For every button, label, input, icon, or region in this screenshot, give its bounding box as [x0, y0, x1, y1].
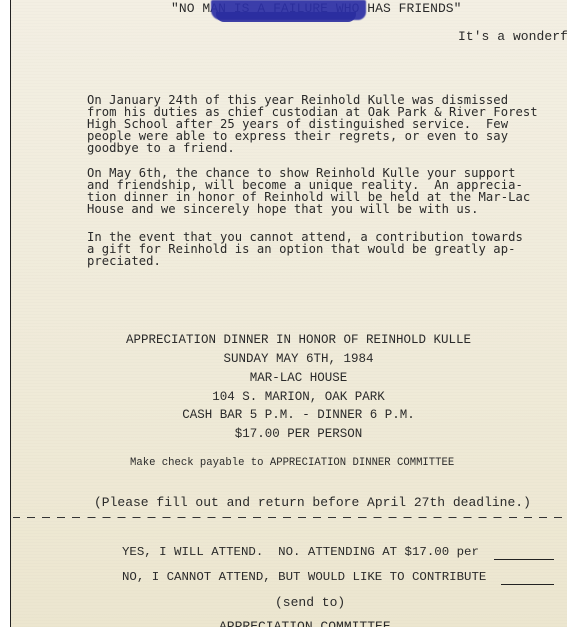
event-address: 104 S. MARION, OAK PARK — [11, 390, 567, 404]
rsvp-attend-line: YES, I WILL ATTEND. NO. ATTENDING AT $17… — [122, 545, 479, 559]
event-venue: MAR-LAC HOUSE — [11, 371, 567, 385]
salutation: It's a wonderfu — [458, 31, 567, 43]
send-to-name: APPRECIATION COMMITTEE — [219, 619, 391, 627]
contribution-amount-blank[interactable] — [501, 584, 554, 585]
rsvp-decline-line: NO, I CANNOT ATTEND, BUT WOULD LIKE TO C… — [122, 570, 486, 584]
typed-letter-page: "NO MAN IS A FAILURE WHO HAS FRIENDS" It… — [10, 0, 567, 627]
paragraph-contribution: In the event that you cannot attend, a c… — [87, 231, 523, 267]
event-price: $17.00 PER PERSON — [11, 427, 567, 441]
event-times: CASH BAR 5 P.M. - DINNER 6 P.M. — [11, 408, 567, 422]
send-to-label: (send to) — [275, 595, 345, 610]
blue-ink-redaction-lower — [216, 12, 356, 22]
event-title: APPRECIATION DINNER IN HONOR OF REINHOLD… — [11, 333, 567, 347]
tear-off-dashed-line — [13, 517, 567, 518]
event-date: SUNDAY MAY 6TH, 1984 — [11, 352, 567, 366]
deadline-note: (Please fill out and return before April… — [94, 495, 531, 510]
paragraph-dismissal: On January 24th of this year Reinhold Ku… — [87, 94, 538, 154]
payable-note: Make check payable to APPRECIATION DINNE… — [130, 457, 454, 469]
paragraph-invitation: On May 6th, the chance to show Reinhold … — [87, 167, 530, 215]
attendee-count-blank[interactable] — [494, 559, 554, 560]
